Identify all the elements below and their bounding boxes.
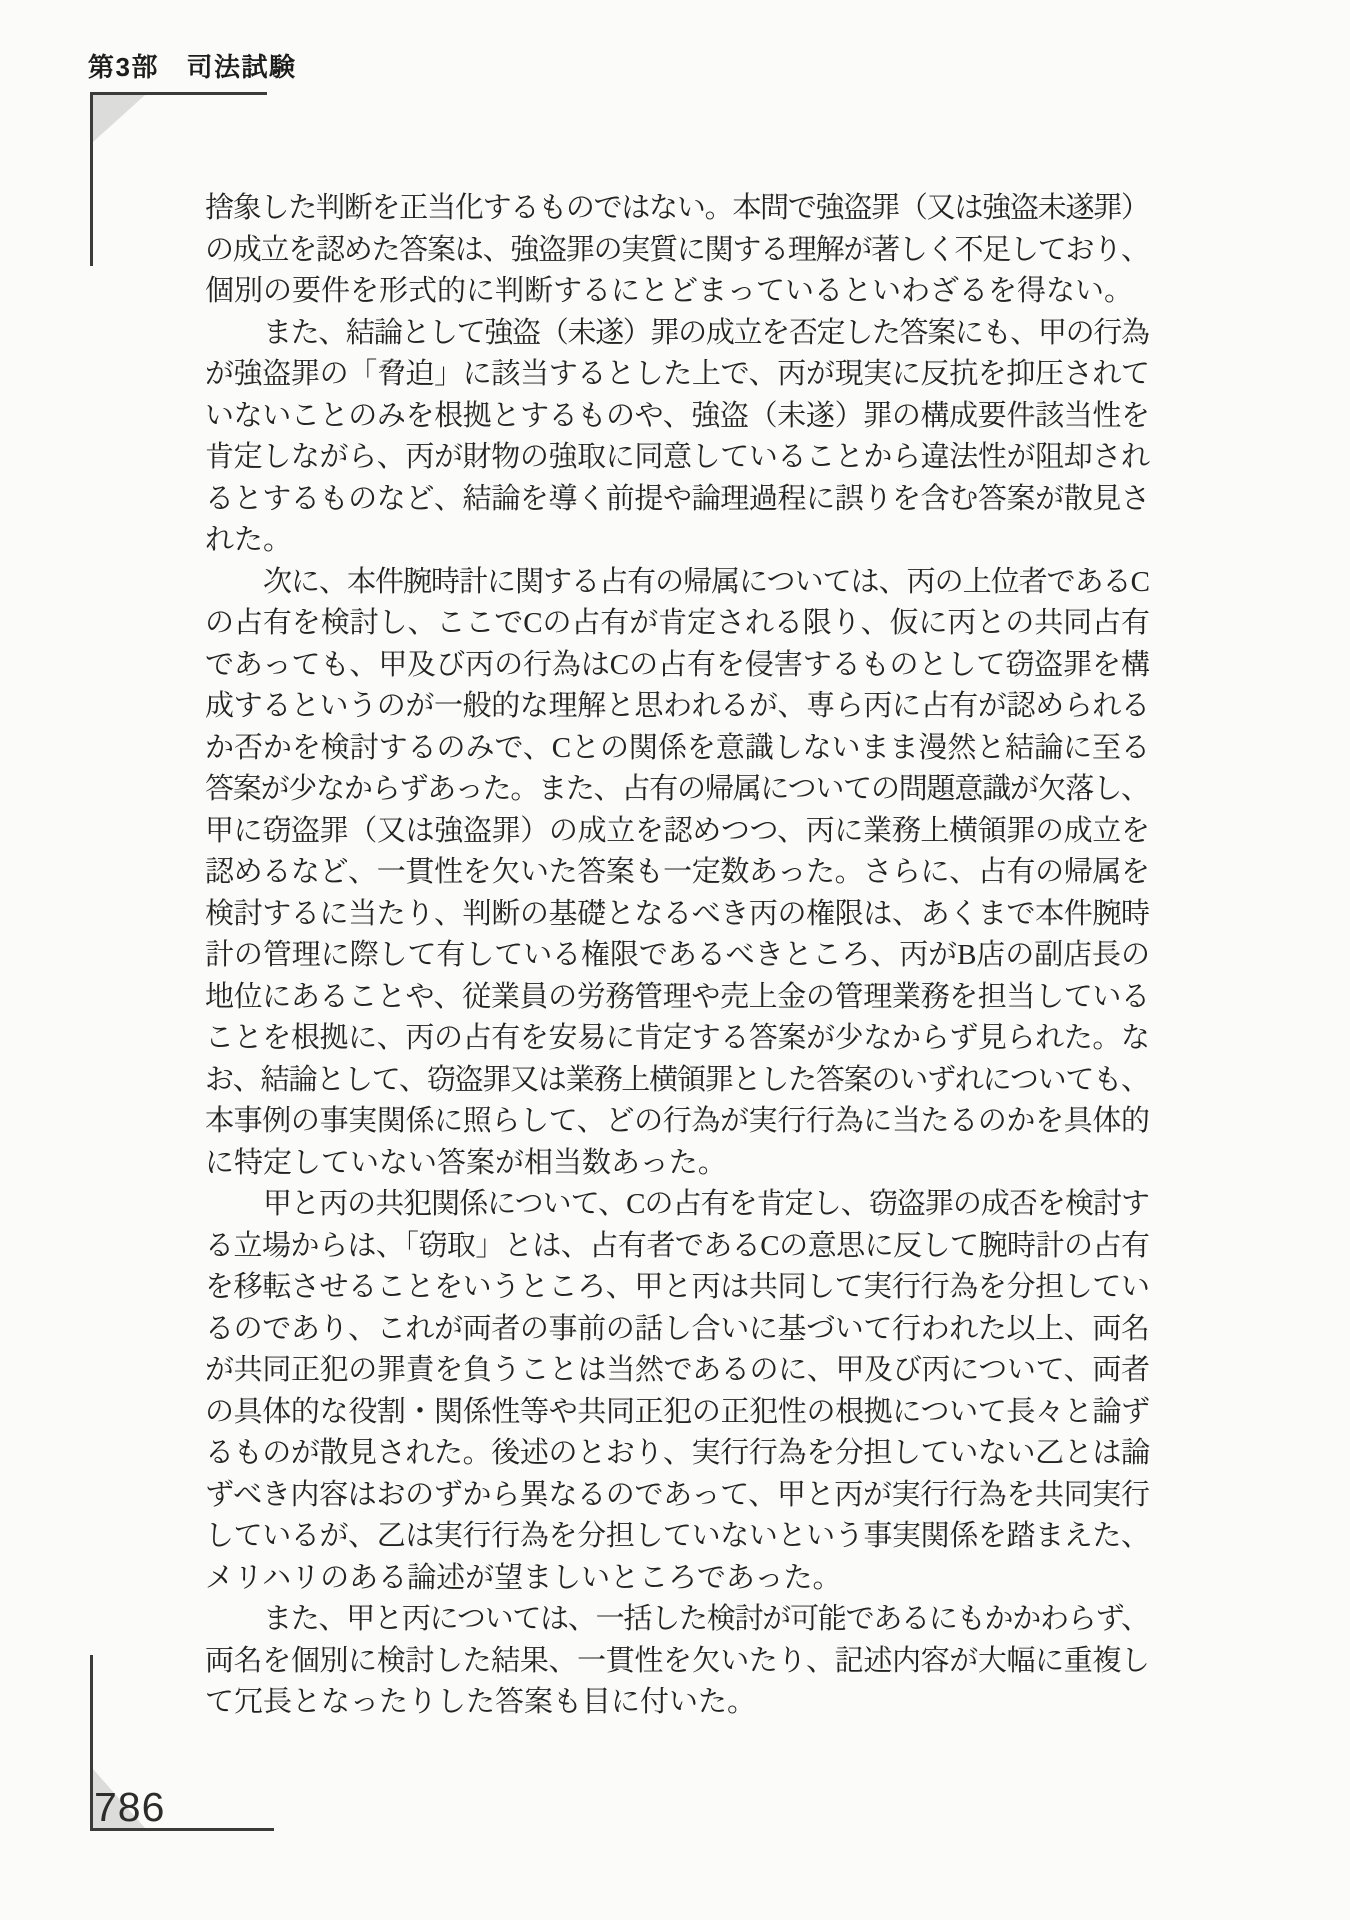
body-text-line-text: 答案が少なからずあった。また、占有の帰属についての問題意識が欠落し、 bbox=[205, 769, 1149, 811]
body-text-line: 地位にあることや、従業員の労務管理や売上金の管理業務を担当している bbox=[205, 977, 1150, 1019]
body-text-line-text: 検討するに当たり、判断の基礎となるべき丙の権限は、あくまで本件腕時 bbox=[205, 894, 1150, 936]
body-text-line-text: 次に、本件腕時計に関する占有の帰属については、丙の上位者であるC bbox=[234, 562, 1149, 604]
body-text-line: 甲に窃盗罪（又は強盗罪）の成立を認めつつ、丙に業務上横領罪の成立を bbox=[205, 811, 1150, 853]
body-text-line: るものが散見された。後述のとおり、実行行為を分担していない乙とは論 bbox=[205, 1433, 1150, 1475]
body-text-line-text: が共同正犯の罪責を負うことは当然であるのに、甲及び丙について、両者 bbox=[205, 1350, 1150, 1392]
body-text-line: が共同正犯の罪責を負うことは当然であるのに、甲及び丙について、両者 bbox=[205, 1350, 1150, 1392]
body-text-line: の占有を検討し、ここでCの占有が肯定される限り、仮に丙との共同占有 bbox=[205, 603, 1150, 645]
body-text-line: 甲と丙の共犯関係について、Cの占有を肯定し、窃盗罪の成否を検討す bbox=[205, 1184, 1150, 1226]
body-text-line-text: ことを根拠に、丙の占有を安易に肯定する答案が少なからず見られた。な bbox=[205, 1018, 1150, 1060]
body-text-line: 計の管理に際して有している権限であるべきところ、丙がB店の副店長の bbox=[205, 935, 1150, 977]
body-text-line-text: に特定していない答案が相当数あった。 bbox=[205, 1143, 727, 1185]
body-text-line-text: の占有を検討し、ここでCの占有が肯定される限り、仮に丙との共同占有 bbox=[205, 603, 1150, 645]
body-text-line: 答案が少なからずあった。また、占有の帰属についての問題意識が欠落し、 bbox=[205, 769, 1150, 811]
body-text-line: 肯定しながら、丙が財物の強取に同意していることから違法性が阻却され bbox=[205, 437, 1150, 479]
body-text-line: ずべき内容はおのずから異なるのであって、甲と丙が実行行為を共同実行 bbox=[205, 1475, 1150, 1517]
body-text-line-text: 捨象した判断を正当化するものではない。本問で強盗罪（又は強盗未遂罪） bbox=[205, 188, 1149, 230]
body-text-line: て冗長となったりした答案も目に付いた。 bbox=[205, 1682, 1150, 1724]
body-text-line: るのであり、これが両者の事前の話し合いに基づいて行われた以上、両名 bbox=[205, 1309, 1150, 1351]
body-text-line: お、結論として、窃盗罪又は業務上横領罪とした答案のいずれについても、 bbox=[205, 1060, 1150, 1102]
body-text-line: 成するというのが一般的な理解と思われるが、専ら丙に占有が認められる bbox=[205, 686, 1150, 728]
body-text-line-text: が強盗罪の「脅迫」に該当するとした上で、丙が現実に反抗を抑圧されて bbox=[205, 354, 1150, 396]
body-text-line-text: 本事例の事実関係に照らして、どの行為が実行行為に当たるのかを具体的 bbox=[205, 1101, 1150, 1143]
body-text-line-text: 個別の要件を形式的に判断するにとどまっているといわざるを得ない。 bbox=[205, 271, 1133, 313]
top-corner-triangle bbox=[93, 95, 145, 142]
body-text-line-text: 甲に窃盗罪（又は強盗罪）の成立を認めつつ、丙に業務上横領罪の成立を bbox=[205, 811, 1150, 853]
body-text-line: に特定していない答案が相当数あった。 bbox=[205, 1143, 1150, 1185]
body-text-line: であっても、甲及び丙の行為はCの占有を侵害するものとして窃盗罪を構 bbox=[205, 645, 1150, 687]
body-text-line-text: て冗長となったりした答案も目に付いた。 bbox=[205, 1682, 756, 1724]
body-text-line-text: を移転させることをいうところ、甲と丙は共同して実行行為を分担してい bbox=[205, 1267, 1150, 1309]
page-number: 786 bbox=[94, 1784, 165, 1831]
body-text-line-text: メリハリのある論述が望ましいところであった。 bbox=[205, 1558, 842, 1600]
body-text-line: か否かを検討するのみで、Cとの関係を意識しないまま漫然と結論に至る bbox=[205, 728, 1150, 770]
body-text-line-text: しているが、乙は実行行為を分担していないという事実関係を踏まえた、 bbox=[205, 1516, 1150, 1558]
body-text-line-text: るのであり、これが両者の事前の話し合いに基づいて行われた以上、両名 bbox=[205, 1309, 1150, 1351]
body-text-line-text: 計の管理に際して有している権限であるべきところ、丙がB店の副店長の bbox=[205, 935, 1150, 977]
top-corner-horizontal-rule bbox=[90, 92, 267, 95]
body-text-line-text: また、甲と丙については、一括した検討が可能であるにもかかわらず、 bbox=[234, 1599, 1149, 1641]
body-text-line-text: 地位にあることや、従業員の労務管理や売上金の管理業務を担当している bbox=[205, 977, 1150, 1019]
body-text-line-text: か否かを検討するのみで、Cとの関係を意識しないまま漫然と結論に至る bbox=[205, 728, 1150, 770]
body-text-line: 本事例の事実関係に照らして、どの行為が実行行為に当たるのかを具体的 bbox=[205, 1101, 1150, 1143]
body-text-line: 両名を個別に検討した結果、一貫性を欠いたり、記述内容が大幅に重複し bbox=[205, 1641, 1150, 1683]
body-text-line: の成立を認めた答案は、強盗罪の実質に関する理解が著しく不足しており、 bbox=[205, 230, 1150, 272]
body-text-line: ことを根拠に、丙の占有を安易に肯定する答案が少なからず見られた。な bbox=[205, 1018, 1150, 1060]
body-text-line: また、甲と丙については、一括した検討が可能であるにもかかわらず、 bbox=[205, 1599, 1150, 1641]
body-text-line-text: 認めるなど、一貫性を欠いた答案も一定数あった。さらに、占有の帰属を bbox=[205, 852, 1150, 894]
body-text-line-text: ずべき内容はおのずから異なるのであって、甲と丙が実行行為を共同実行 bbox=[205, 1475, 1150, 1517]
body-text-line: の具体的な役割・関係性等や共同正犯の正犯性の根拠について長々と論ず bbox=[205, 1392, 1150, 1434]
body-text-line: れた。 bbox=[205, 520, 1150, 562]
body-text-line-text: お、結論として、窃盗罪又は業務上横領罪とした答案のいずれについても、 bbox=[205, 1060, 1149, 1102]
body-text-line-text: 成するというのが一般的な理解と思われるが、専ら丙に占有が認められる bbox=[205, 686, 1150, 728]
bottom-corner-vertical-rule bbox=[90, 1655, 93, 1831]
body-text-line: 検討するに当たり、判断の基礎となるべき丙の権限は、あくまで本件腕時 bbox=[205, 894, 1150, 936]
body-text-line: が強盗罪の「脅迫」に該当するとした上で、丙が現実に反抗を抑圧されて bbox=[205, 354, 1150, 396]
body-text-line-text: いないことのみを根拠とするものや、強盗（未遂）罪の構成要件該当性を bbox=[205, 396, 1150, 438]
body-text-line-text: また、結論として強盗（未遂）罪の成立を否定した答案にも、甲の行為 bbox=[234, 313, 1149, 355]
body-text-line-text: 甲と丙の共犯関係について、Cの占有を肯定し、窃盗罪の成否を検討す bbox=[234, 1184, 1149, 1226]
body-text-block: 捨象した判断を正当化するものではない。本問で強盗罪（又は強盗未遂罪）の成立を認め… bbox=[205, 188, 1150, 1724]
body-text-line-text: るものが散見された。後述のとおり、実行行為を分担していない乙とは論 bbox=[205, 1433, 1150, 1475]
body-text-line: を移転させることをいうところ、甲と丙は共同して実行行為を分担してい bbox=[205, 1267, 1150, 1309]
body-text-line: メリハリのある論述が望ましいところであった。 bbox=[205, 1558, 1150, 1600]
body-text-line: る立場からは、「窃取」とは、占有者であるCの意思に反して腕時計の占有 bbox=[205, 1226, 1150, 1268]
book-page: 第3部 司法試験 捨象した判断を正当化するものではない。本問で強盗罪（又は強盗未… bbox=[0, 0, 1350, 1920]
body-text-line: 認めるなど、一貫性を欠いた答案も一定数あった。さらに、占有の帰属を bbox=[205, 852, 1150, 894]
body-text-line-text: る立場からは、「窃取」とは、占有者であるCの意思に反して腕時計の占有 bbox=[205, 1226, 1149, 1268]
running-header-title: 第3部 司法試験 bbox=[88, 47, 296, 84]
body-text-line: 個別の要件を形式的に判断するにとどまっているといわざるを得ない。 bbox=[205, 271, 1150, 313]
body-text-line: いないことのみを根拠とするものや、強盗（未遂）罪の構成要件該当性を bbox=[205, 396, 1150, 438]
body-text-line: るとするものなど、結論を導く前提や論理過程に誤りを含む答案が散見さ bbox=[205, 479, 1150, 521]
body-text-line-text: 肯定しながら、丙が財物の強取に同意していることから違法性が阻却され bbox=[205, 437, 1150, 479]
body-text-line-text: であっても、甲及び丙の行為はCの占有を侵害するものとして窃盗罪を構 bbox=[205, 645, 1150, 687]
body-text-line-text: の具体的な役割・関係性等や共同正犯の正犯性の根拠について長々と論ず bbox=[205, 1392, 1150, 1434]
body-text-line: 次に、本件腕時計に関する占有の帰属については、丙の上位者であるC bbox=[205, 562, 1150, 604]
body-text-line-text: の成立を認めた答案は、強盗罪の実質に関する理解が著しく不足しており、 bbox=[205, 230, 1149, 272]
body-text-line: しているが、乙は実行行為を分担していないという事実関係を踏まえた、 bbox=[205, 1516, 1150, 1558]
body-text-line-text: れた。 bbox=[205, 520, 292, 562]
body-text-line-text: 両名を個別に検討した結果、一貫性を欠いたり、記述内容が大幅に重複し bbox=[205, 1641, 1150, 1683]
top-corner-vertical-rule bbox=[90, 92, 93, 266]
body-text-line-text: るとするものなど、結論を導く前提や論理過程に誤りを含む答案が散見さ bbox=[205, 479, 1150, 521]
body-text-line: また、結論として強盗（未遂）罪の成立を否定した答案にも、甲の行為 bbox=[205, 313, 1150, 355]
body-text-line: 捨象した判断を正当化するものではない。本問で強盗罪（又は強盗未遂罪） bbox=[205, 188, 1150, 230]
